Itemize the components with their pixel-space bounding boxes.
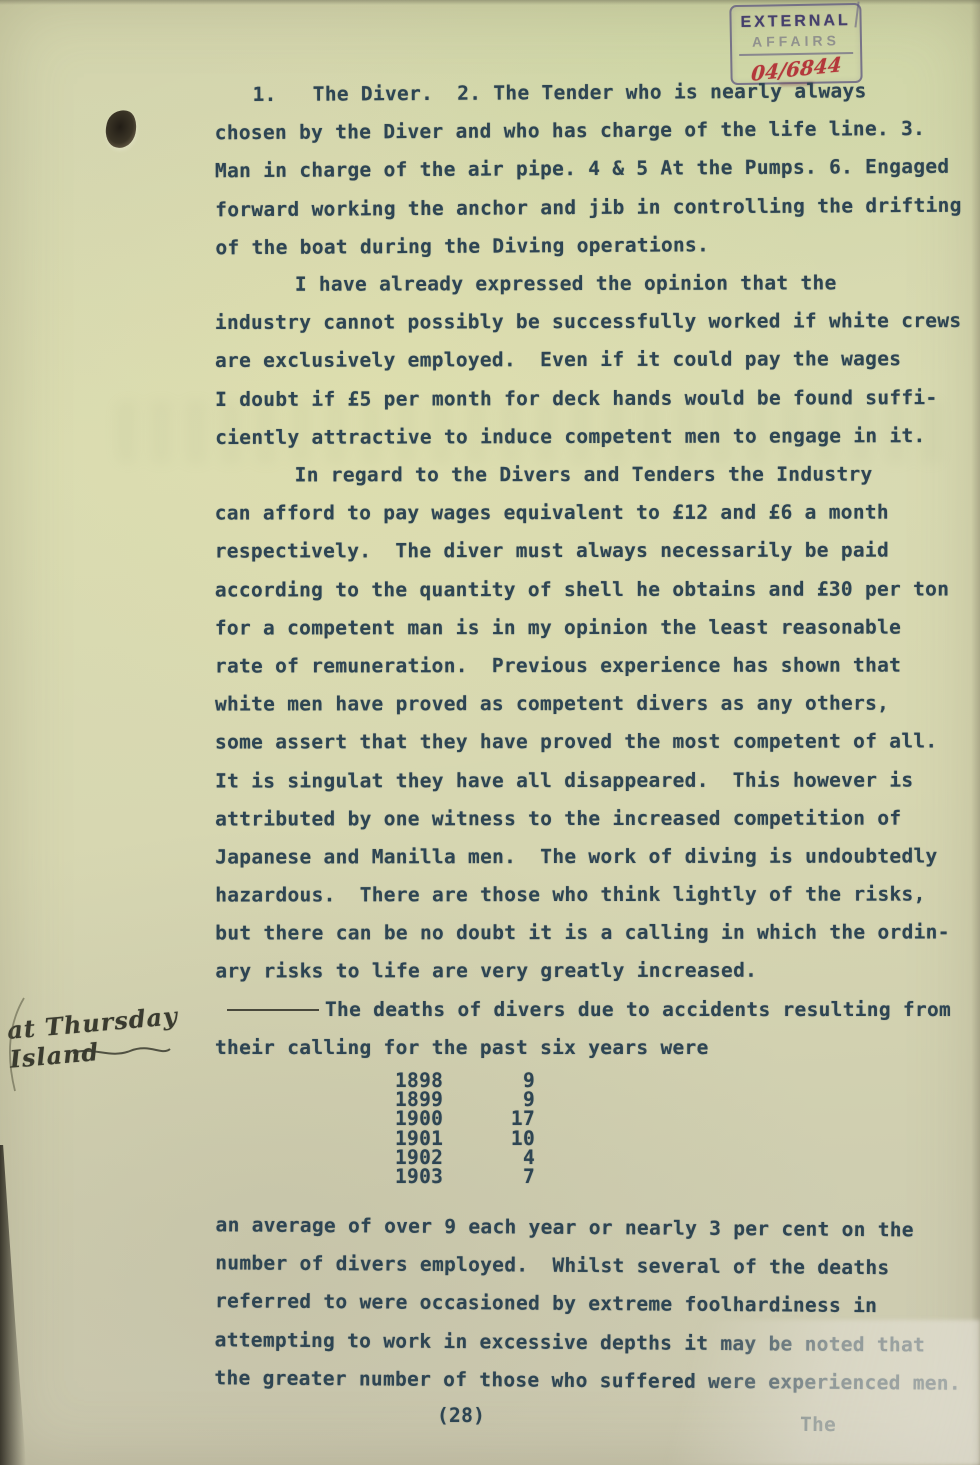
typed-line: are exclusively employed. Even if it cou… [215,340,960,380]
typed-line: I doubt if £5 per month for deck hands w… [215,379,960,419]
typed-line: white men have proved as competent diver… [215,684,960,723]
table-row: 19037 [215,1167,960,1186]
paragraph-crew-roles: 1. The Diver. 2. The Tender who is nearl… [214,72,960,267]
typed-line: number of divers employed. Whilst severa… [215,1244,960,1288]
typed-line: chosen by the Diver and who has charge o… [215,110,960,153]
typed-line: industry cannot possibly be successfully… [215,302,960,342]
typed-line: their calling for the past six years wer… [215,1029,960,1067]
table-row: 190017 [215,1109,960,1128]
document-page: EXTERNAL AFFAIRS 04/6844 1. The Diver. 2… [0,0,980,1465]
page-corner-sheen [550,1320,980,1465]
typed-line: of the boat during the Diving operations… [215,224,960,267]
typed-line: ary risks to life are very greatly incre… [215,952,960,991]
typed-line: 1. The Diver. 2. The Tender who is nearl… [214,72,959,115]
typed-line: rate of remuneration. Previous experienc… [215,646,960,685]
typed-line: an average of over 9 each year or nearly… [215,1206,960,1250]
typed-line: forward working the anchor and jib in co… [215,186,960,229]
stamp-edge-mark [854,1,867,28]
table-row: 19024 [215,1148,960,1167]
year-cell: 1903 [395,1167,443,1186]
annotation-underline [70,1044,175,1064]
deaths-cell: 4 [443,1148,535,1167]
typed-line: The deaths of divers due to accidents re… [215,991,960,1029]
deaths-table: 18989 18999 190017 190110 19024 19037 [215,1071,960,1187]
handwritten-stroke [0,995,32,1095]
deaths-cell: 17 [443,1109,535,1128]
typed-line: but there can be no doubt it is a callin… [215,914,960,953]
stamp-office-label: AFFAIRS [732,32,860,50]
typed-line: ciently attractive to induce competent m… [215,417,960,457]
stamp-department-label: EXTERNAL [731,12,859,32]
typed-line: according to the quantity of shell he ob… [215,570,960,609]
deaths-cell: 9 [443,1071,535,1090]
punch-hole [102,107,139,150]
typed-line-text: The deaths of divers due to accidents re… [325,998,951,1021]
paragraph-wages-and-risks: In regard to the Divers and Tenders the … [215,455,961,991]
scan-edge-left [0,1145,26,1465]
year-cell: 1900 [395,1109,443,1128]
typed-line: hazardous. There are those who think lig… [215,875,960,914]
typed-line: Japanese and Manilla men. The work of di… [215,837,960,876]
table-row: 190110 [215,1129,960,1148]
typed-line: I have already expressed the opinion tha… [215,264,960,304]
typed-line: Man in charge of the air pipe. 4 & 5 At … [215,148,960,191]
page-number: (28) [437,1404,485,1427]
typed-line: can afford to pay wages equivalent to £1… [215,494,960,533]
typed-line: for a competent man is in my opinion the… [215,608,960,647]
typed-line: attributed by one witness to the increas… [215,799,960,838]
deaths-cell: 7 [443,1167,535,1186]
typed-line: In regard to the Divers and Tenders the … [215,455,960,494]
table-row: 18989 [215,1071,960,1090]
paragraph-white-crews: I have already expressed the opinion tha… [215,264,960,457]
scan-edge-right [971,0,980,1465]
deaths-cell: 10 [443,1129,535,1148]
typed-line: respectively. The diver must always nece… [215,532,960,571]
typed-text-block: 1. The Diver. 2. The Tender who is nearl… [215,74,960,1400]
paragraph-deaths-intro: The deaths of divers due to accidents re… [215,991,960,1067]
table-row: 18999 [215,1090,960,1109]
typed-line: It is singulat they have all disappeared… [215,761,960,800]
typed-line: some assert that they have proved the mo… [215,723,960,762]
